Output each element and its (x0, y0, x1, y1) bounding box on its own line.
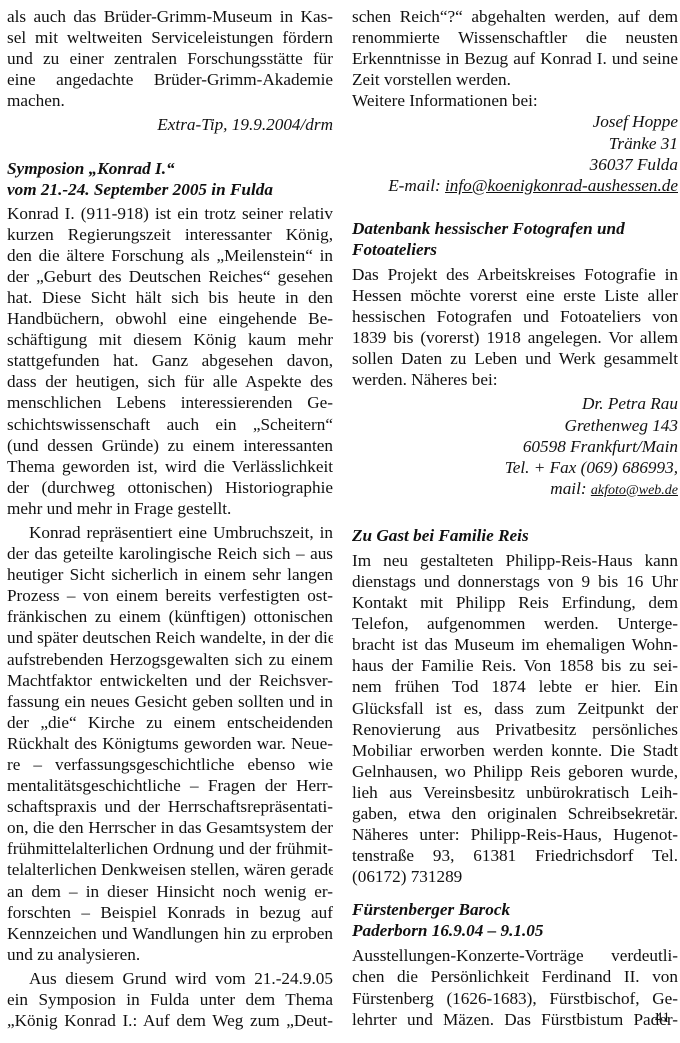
heading-line: Fürstenberger Barock (352, 899, 678, 920)
contact-name: Josef Hoppe (352, 111, 678, 132)
barock-body: Ausstellungen-Konzerte-Vorträge verdeutl… (352, 945, 678, 1029)
text-line: Handbüchern, obwohl eine eingehende Be- (7, 308, 333, 329)
text-line: fränkischen zu einem (künftigen) ottonis… (7, 606, 333, 627)
symposion-continuation: schen Reich“?“ abgehalten werden, auf de… (352, 6, 678, 111)
contact-street: Tränke 31 (352, 133, 678, 154)
text-line: frühmittelalterlichen Ordnung und der fr… (7, 838, 333, 859)
text-line: menschlichen Lebens interessierenden Ge- (7, 392, 333, 413)
intro-source: Extra-Tip, 19.9.2004/drm (7, 114, 333, 135)
text-line: der „Geburt des Deutschen Reiches“ geseh… (7, 266, 333, 287)
text-line: und zu analysieren. (7, 944, 333, 965)
text-line: fassung ein neues Gesicht geben sollten … (7, 691, 333, 712)
text-line: on, die den Herrscher in das Gesamtsyste… (7, 817, 333, 838)
text-line: telalterlichen Denkweisen stellen, wären… (7, 859, 333, 880)
contact-name: Dr. Petra Rau (352, 393, 678, 414)
text-line: Machtfaktor entwickelten und der Reichsv… (7, 670, 333, 691)
text-line: lehrter und Mäzen. Das Fürstbistum Pader… (352, 1009, 678, 1030)
text-line: kurzen Regierungszeit interessanter Köni… (7, 224, 333, 245)
text-line: Aus diesem Grund wird vom 21.-24.9.05 (7, 968, 333, 989)
email-link-akfoto[interactable]: akfoto@web.de (591, 483, 678, 498)
symposion-paragraph-2: Konrad repräsentiert eine Umbruchszeit, … (7, 522, 333, 965)
text-line: Gelnhausen, wo Philipp Reis geboren wurd… (352, 761, 678, 782)
text-line: Thema geworden ist, wird die Verlässlich… (7, 456, 333, 477)
text-line: werden. Näheres bei: (352, 369, 678, 390)
text-line: Hessen möchte vorerst eine erste Liste a… (352, 285, 678, 306)
text-line: der das geteilte karolingische Reich sic… (7, 543, 333, 564)
text-line: an dem – in dieser Hinsicht noch wenig e… (7, 881, 333, 902)
more-info-label: Weitere Informationen bei: (352, 90, 678, 111)
text-line: Zeit vorstellen werden. (352, 69, 678, 90)
contact-street: Grethenweg 143 (352, 415, 678, 436)
symposion-heading: Symposion „Konrad I.“ vom 21.-24. Septem… (7, 158, 333, 200)
email-label: E-mail: (388, 176, 445, 195)
text-line: machen. (7, 90, 333, 111)
text-line: eine angedachte Brüder-Grimm-Akademie (7, 69, 333, 90)
heading-line: Fotoateliers (352, 239, 678, 260)
text-line: stattgefunden hat. Ganz abgesehen davon, (7, 350, 333, 371)
text-line: bracht ist das Museum im ehemaligen Wohn… (352, 634, 678, 655)
reis-heading: Zu Gast bei Familie Reis (352, 525, 678, 546)
text-line: Erkenntnisse in Bezug auf Konrad I. und … (352, 48, 678, 69)
text-line: dienstags und donnerstags von 9 bis 16 U… (352, 571, 678, 592)
right-column: schen Reich“?“ abgehalten werden, auf de… (352, 6, 678, 1030)
text-line: Mobiliar erworben werden konnte. Die Sta… (352, 740, 678, 761)
text-line: und später deutschen Reich wandelte, in … (7, 627, 333, 648)
symposion-paragraph-3: Aus diesem Grund wird vom 21.-24.9.05 ei… (7, 968, 333, 1031)
text-line: Konrad repräsentiert eine Umbruchszeit, … (7, 522, 333, 543)
text-line: Näheres unter: Philipp-Reis-Haus, Hugeno… (352, 824, 678, 845)
text-line: sollen Daten zu Leben und Werk gesammelt (352, 348, 678, 369)
text-line: schäftigung mit diesem König kaum mehr (7, 329, 333, 350)
text-line: der (durchweg ottonischen) Historiograph… (7, 477, 333, 498)
text-line: aufstrebenden Herzogsgewalten sich zu ei… (7, 649, 333, 670)
contact-phone: Tel. + Fax (069) 686993, (352, 457, 678, 478)
text-line: Kennzeichen und Wandlungen hin zu erprob… (7, 923, 333, 944)
text-line: und zu einer zentralen Forschungsstätte … (7, 48, 333, 69)
text-line: Glücksfall ist es, dass zum Zeitpunkt de… (352, 698, 678, 719)
contact-city: 60598 Frankfurt/Main (352, 436, 678, 457)
text-line: Rückhalt des Königtums geworden war. Neu… (7, 733, 333, 754)
text-line: lieh aus Vereinsbesitz unbürokratisch Le… (352, 782, 678, 803)
symposion-paragraph-1: Konrad I. (911-918) ist ein trotz seiner… (7, 203, 333, 519)
text-line: Kontakt mit Philipp Reis Erfindung, dem (352, 592, 678, 613)
heading-line: vom 21.-24. September 2005 in Fulda (7, 179, 333, 200)
text-line: (06172) 731289 (352, 866, 678, 887)
text-line: forschten – Beispiel Konrads in bezug au… (7, 902, 333, 923)
text-line: dass der heutigen, sich für alle Aspekte… (7, 371, 333, 392)
text-line: Fürstenberg (1626-1683), Fürstbischof, G… (352, 988, 678, 1009)
text-line: Konrad I. (911-918) ist ein trotz seiner… (7, 203, 333, 224)
left-column: als auch das Brüder-Grimm-Museum in Kas-… (7, 6, 333, 1031)
text-line: 1839 bis (vorerst) 1918 angelegen. Vor a… (352, 327, 678, 348)
text-line: schaftspraxis und der Herrschaftsrepräse… (7, 796, 333, 817)
page-number: 41 (655, 1010, 670, 1027)
text-line: hessischen Fotografen und Fotoateliers v… (352, 306, 678, 327)
email-link-hoppe[interactable]: info@koenigkonrad-aushessen.de (445, 176, 678, 195)
text-line: hat. Diese Sicht hält sich bis heute in … (7, 287, 333, 308)
text-line: nem frühen Tod 1874 lebte er hier. Ein (352, 676, 678, 697)
text-line: sel mit weltweiten Serviceleistungen för… (7, 27, 333, 48)
text-line: Ausstellungen-Konzerte-Vorträge verdeutl… (352, 945, 678, 966)
text-line: heutiger Sicht sicherlich in einem sehr … (7, 564, 333, 585)
email-label: mail: (550, 479, 591, 498)
contact-email-line: mail: akfoto@web.de (352, 478, 678, 499)
datenbank-heading: Datenbank hessischer Fotografen und Foto… (352, 218, 678, 260)
text-line: Im neu gestalteten Philipp-Reis-Haus kan… (352, 550, 678, 571)
text-line: als auch das Brüder-Grimm-Museum in Kas- (7, 6, 333, 27)
text-line: Renovierung aus Privatbesitz persönliche… (352, 719, 678, 740)
text-line: haus der Familie Reis. Von 1858 bis zu s… (352, 655, 678, 676)
text-line: chen die Persönlichkeit Ferdinand II. vo… (352, 966, 678, 987)
text-line: re – verfassungsgeschichtliche ebenso wi… (7, 754, 333, 775)
intro-paragraph: als auch das Brüder-Grimm-Museum in Kas-… (7, 6, 333, 111)
contact-block-hoppe: Josef Hoppe Tränke 31 36037 Fulda E-mail… (352, 111, 678, 195)
text-line: Das Projekt des Arbeitskreises Fotografi… (352, 264, 678, 285)
text-line: Prozess – von einem bereits verfestigten… (7, 585, 333, 606)
text-line: mentalitätsgeschichtliche – Fragen der H… (7, 775, 333, 796)
barock-heading: Fürstenberger Barock Paderborn 16.9.04 –… (352, 899, 678, 941)
text-line: „König Konrad I.: Auf dem Weg zum „Deut- (7, 1010, 333, 1031)
contact-block-rau: Dr. Petra Rau Grethenweg 143 60598 Frank… (352, 393, 678, 498)
text-line: tenstraße 93, 61381 Friedrichsdorf Tel. (352, 845, 678, 866)
text-line: gaben, etwa den originalen Schreibsekret… (352, 803, 678, 824)
text-line: (und dessen Gründe) zu einem interessant… (7, 435, 333, 456)
contact-email-line: E-mail: info@koenigkonrad-aushessen.de (352, 175, 678, 196)
datenbank-body: Das Projekt des Arbeitskreises Fotografi… (352, 264, 678, 391)
text-line: Telefon, aufgenommen werden. Unterge- (352, 613, 678, 634)
text-line: renommierte Wissenschaftler die neusten (352, 27, 678, 48)
text-line: schichtswissenschaft auch ein „Scheitern… (7, 414, 333, 435)
text-line: mehr und mehr in Frage gestellt. (7, 498, 333, 519)
heading-line: Paderborn 16.9.04 – 9.1.05 (352, 920, 678, 941)
contact-city: 36037 Fulda (352, 154, 678, 175)
heading-line: Datenbank hessischer Fotografen und (352, 218, 678, 239)
text-line: der „die“ Kirche zu einem entscheidenden (7, 712, 333, 733)
text-line: den die ältere Forschung als „Meilenstei… (7, 245, 333, 266)
text-line: ein Symposion in Fulda unter dem Thema (7, 989, 333, 1010)
heading-line: Symposion „Konrad I.“ (7, 158, 333, 179)
text-line: schen Reich“?“ abgehalten werden, auf de… (352, 6, 678, 27)
reis-body: Im neu gestalteten Philipp-Reis-Haus kan… (352, 550, 678, 888)
